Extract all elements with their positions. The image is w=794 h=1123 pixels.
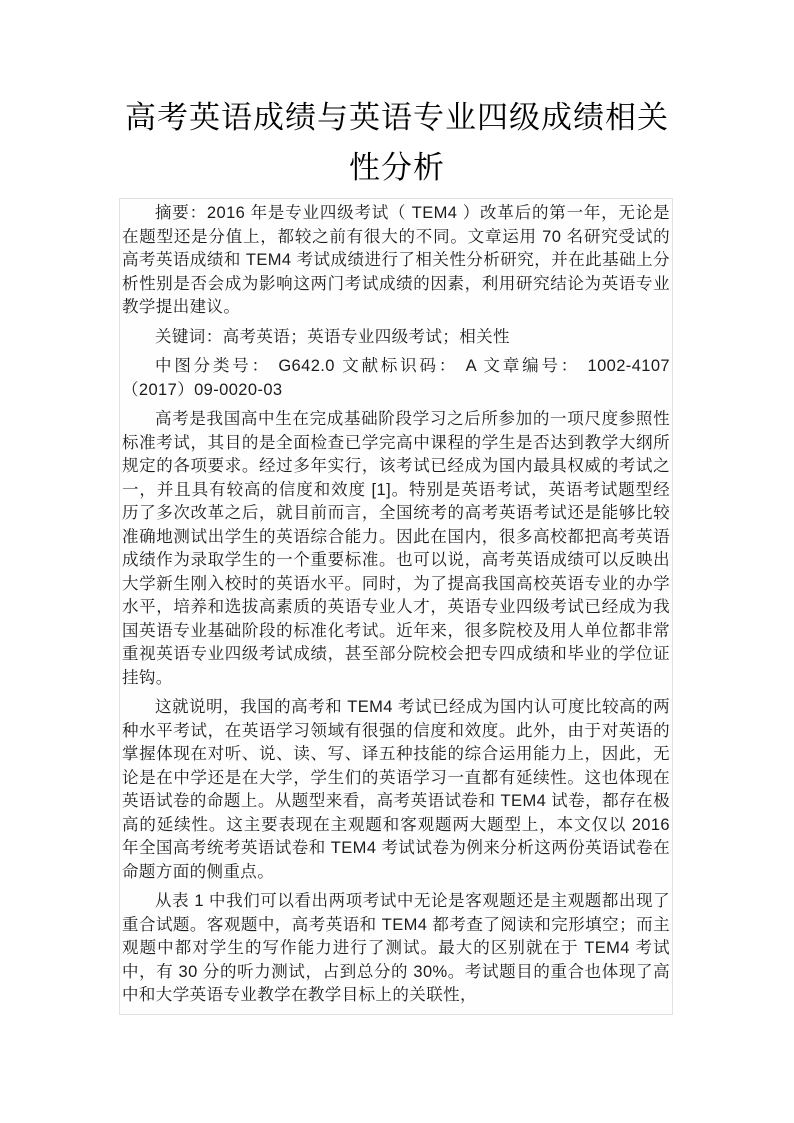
keywords-paragraph: 关键词：高考英语；英语专业四级考试；相关性 bbox=[122, 326, 670, 350]
page-title: 高考英语成绩与英语专业四级成绩相关 性分析 bbox=[0, 93, 794, 193]
document-page: 高考英语成绩与英语专业四级成绩相关 性分析 摘要：2016 年是专业四级考试（ … bbox=[0, 0, 794, 1123]
body-paragraph-1: 高考是我国高中生在完成基础阶段学习之后所参加的一项尺度参照性标准考试，其目的是全… bbox=[122, 408, 670, 690]
classification-paragraph: 中图分类号： G642.0 文献标识码： A 文章编号： 1002-4107（2… bbox=[122, 355, 670, 402]
page-title-line-2: 性分析 bbox=[0, 143, 794, 193]
body-paragraph-3: 从表 1 中我们可以看出两项考试中无论是客观题还是主观题都出现了重合试题。客观题… bbox=[122, 890, 670, 1008]
article-body-block: 摘要：2016 年是专业四级考试（ TEM4 ）改革后的第一年，无论是在题型还是… bbox=[119, 198, 673, 1015]
abstract-paragraph: 摘要：2016 年是专业四级考试（ TEM4 ）改革后的第一年，无论是在题型还是… bbox=[122, 202, 670, 320]
page-title-line-1: 高考英语成绩与英语专业四级成绩相关 bbox=[0, 93, 794, 143]
body-paragraph-2: 这就说明，我国的高考和 TEM4 考试已经成为国内认可度比较高的两种水平考试，在… bbox=[122, 696, 670, 884]
